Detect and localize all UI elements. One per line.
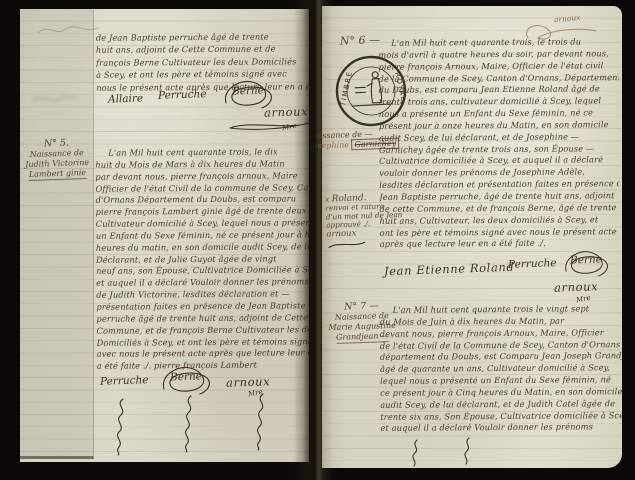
record-5-text: L'an Mil huit cent quarante trois, le di… [95,146,311,374]
renvoi-mark: x [325,194,329,203]
margin-note-record-5: N° 5. Naissance de Judith Victorine Lamb… [21,138,92,181]
manuscript-line: perruche âgé de trente huit ans, adjoint… [96,312,310,325]
record-7-text: L'an Mil huit cent quarante trois le vin… [380,303,623,438]
signature-allaire: Allaire [108,92,144,105]
manuscript-line: L'an Mil huit cent quarante trois le vin… [380,303,622,317]
officer-paraph-mark: Mre [281,122,297,132]
margin-note-line: Lambert ginie [29,168,87,181]
record-6-text: L'an Mil huit cent quarante trois, le tr… [378,36,620,254]
manuscript-line: à Scey, et ont les père et témoins signé… [96,67,310,81]
signature-berne: Berne [232,84,264,97]
closing-squiggle-icon [112,397,128,457]
signature-perruche: Perruche [158,88,207,102]
closing-squiggle-icon [252,392,268,452]
manuscript-line: ont les père et témoins signé avec nous … [380,226,620,240]
signature-underline-swash [228,118,316,132]
closing-squiggle-icon [408,438,422,468]
manuscript-line: huit du Mois de Mars à dix heures du Mat… [95,158,309,171]
signature-arnoux: arnoux [226,374,271,390]
record-4-end-text: de Jean Baptiste perruche âgé de trenteh… [96,30,310,95]
manuscript-line: avec nous le présent acte après que lect… [97,348,311,361]
manuscript-line: Commune, et de françois Berne Cultivateu… [96,324,310,337]
signature-perruche: Perruche [508,257,557,271]
signature-arnoux: arnoux [554,279,599,295]
register-photo: de Jean Baptiste perruche âgé de trenteh… [0,0,635,480]
manuscript-line: présent jour à onze heures du Matin, en … [379,119,619,133]
officer-paraph-mark: Mre [247,388,263,398]
signature-perruche: Perruche [100,374,149,388]
closing-squiggle-icon [180,394,196,454]
crossed-name-prefix: josephine [310,140,349,150]
manuscript-line: heures du matin, en son domicile audit S… [96,241,310,254]
right-page: arnoux N° 6 — TIMBRE ROYAL naissance de … [322,6,622,468]
signature-arnoux: arnoux [326,229,356,240]
correction-paraph-icon [327,238,369,249]
manuscript-line: et auquel il a déclaré Vouloir donner le… [380,422,622,436]
signature-jean-etienne-roland: Jean Etienne Roland [384,260,515,279]
signature-berne: Berne [570,253,602,266]
left-page-margin-strip [20,9,94,459]
signature-arnoux: arnoux [264,104,309,120]
manuscript-line: a été faite ./. pierre françois Lambert [97,359,311,372]
signature-berne: Berne [170,370,202,383]
manuscript-line: pierre françois Arnoux, Maire, Officier … [378,60,618,74]
manuscript-line: par devant nous, pierre françois arnoux,… [95,170,309,183]
manuscript-line: devant nous, pierre françois Arnoux, Mai… [380,327,622,341]
corner-inscription: arnoux [554,13,581,24]
closing-squiggle-icon [460,436,474,466]
left-page: de Jean Baptiste perruche âgé de trenteh… [20,9,309,462]
manuscript-line: après que lecture leur en a été faite ./… [380,238,620,252]
manuscript-line: huit ans, Cultivateur, les deux domicili… [379,214,619,228]
